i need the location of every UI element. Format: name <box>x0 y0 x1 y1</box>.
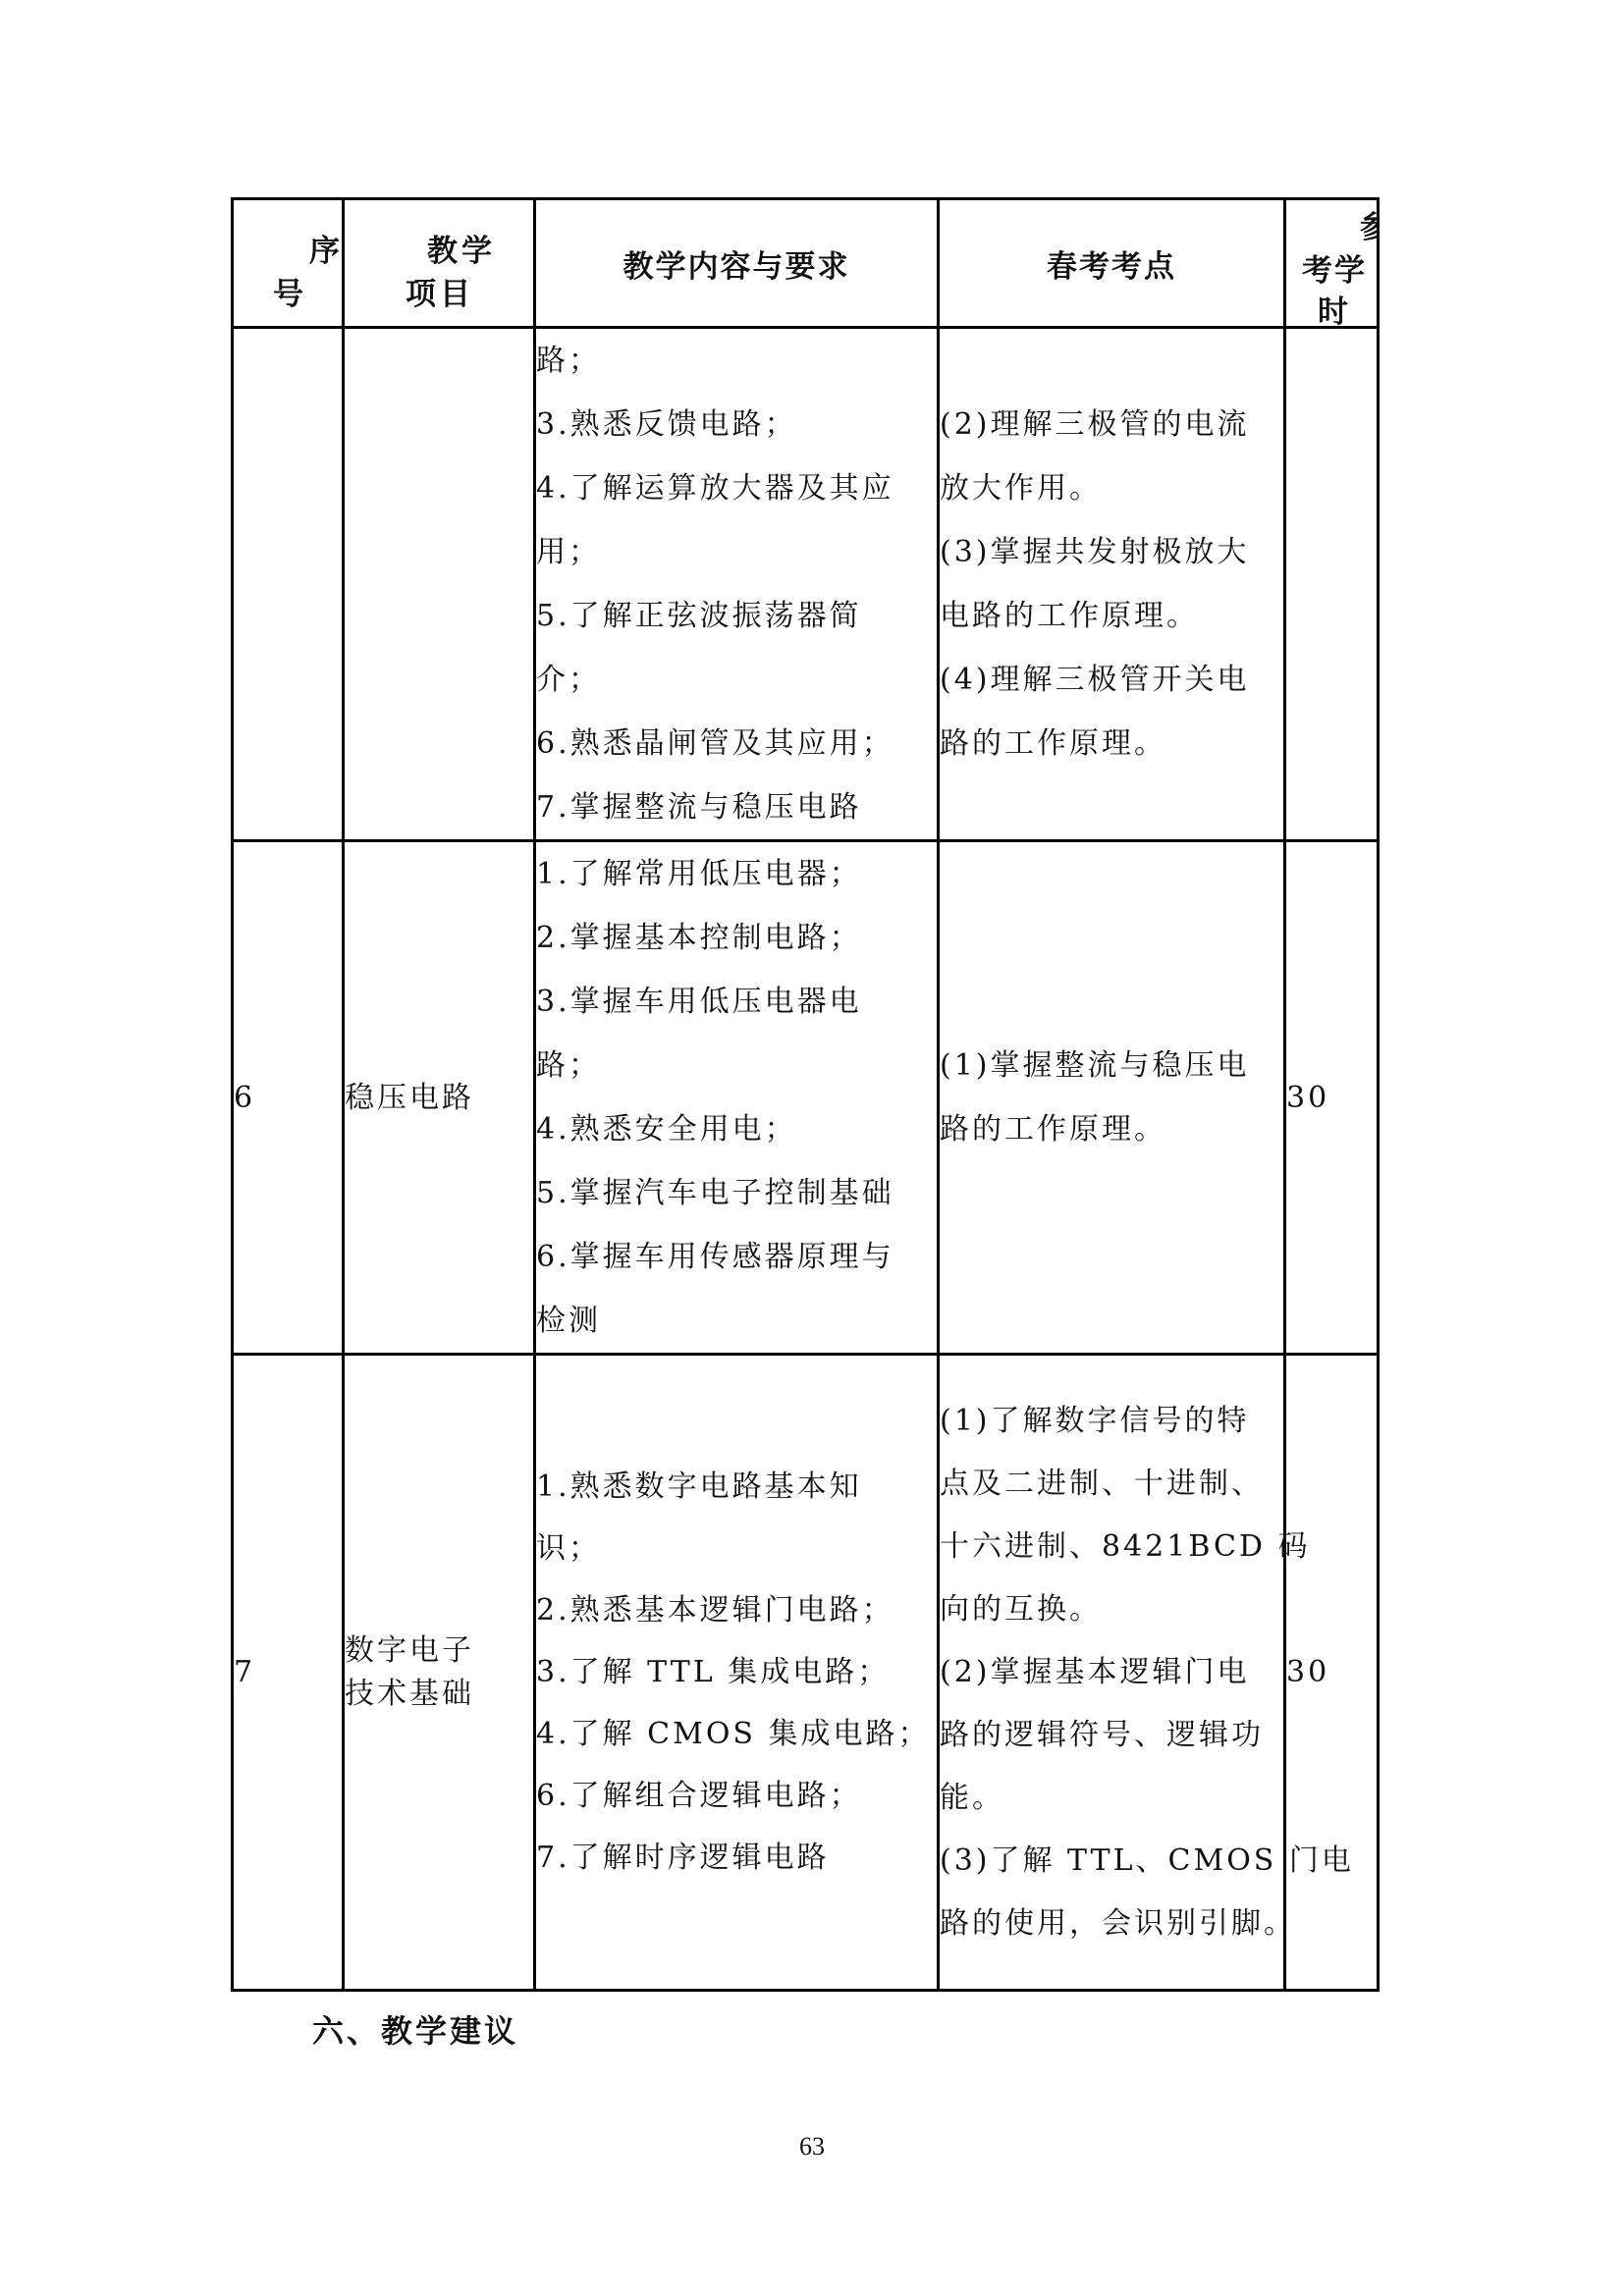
exam-line: 路的逻辑符号、逻辑功 <box>940 1704 1283 1767</box>
content-line: 7.了解时序逻辑电路 <box>536 1827 937 1889</box>
content-line: 4.了解 CMOS 集成电路； <box>536 1703 937 1765</box>
content-line: 用； <box>536 520 937 584</box>
content-line: 5.掌握汽车电子控制基础 <box>536 1161 937 1225</box>
project-line: 稳压电路 <box>345 1066 533 1130</box>
exam-line: 十六进制、8421BCD 码 <box>940 1516 1283 1578</box>
content-line: 6.了解组合逻辑电路； <box>536 1765 937 1827</box>
content-line: 路； <box>536 1034 937 1097</box>
exam-line: (1)掌握整流与稳压电 <box>940 1034 1283 1097</box>
content-line: 3.掌握车用低压电器电 <box>536 970 937 1034</box>
cell-project <box>344 328 535 841</box>
header-hours: 参 考学 时 <box>1285 199 1379 328</box>
cell-exam-points: (2)理解三极管的电流 放大作用。 (3)掌握共发射极放大 电路的工作原理。 (… <box>939 328 1285 841</box>
project-line: 数字电子 <box>345 1629 533 1673</box>
exam-line: (4)理解三极管开关电 <box>940 648 1283 712</box>
content-line: 6.熟悉晶闸管及其应用； <box>536 712 937 775</box>
curriculum-table: 序 号 教学 项目 教学内容与要求 春考考点 参 考学 时 <box>231 197 1380 1992</box>
table-row: 路； 3.熟悉反馈电路； 4.了解运算放大器及其应 用； 5.了解正弦波振荡器简… <box>233 328 1379 841</box>
header-project-line1: 教学 <box>427 226 496 270</box>
exam-line: (2)理解三极管的电流 <box>940 393 1283 456</box>
content-line: 5.了解正弦波振荡器简 <box>536 584 937 648</box>
content-line: 7.掌握整流与稳压电路 <box>536 775 937 839</box>
cell-exam-points: (1)掌握整流与稳压电 路的工作原理。 <box>939 841 1285 1355</box>
content-line: 1.了解常用低压电器； <box>536 842 937 906</box>
project-line: 技术基础 <box>345 1673 533 1716</box>
header-seq: 序 号 <box>233 199 344 328</box>
table-row: 7 数字电子 技术基础 1.熟悉数字电路基本知 识； 2.熟悉基本逻辑门电路； … <box>233 1355 1379 1991</box>
content-line: 2.掌握基本控制电路； <box>536 906 937 970</box>
header-hours-line2: 考学 <box>1302 245 1367 290</box>
cell-content: 1.熟悉数字电路基本知 识； 2.熟悉基本逻辑门电路； 3.了解 TTL 集成电… <box>535 1355 939 1991</box>
header-project: 教学 项目 <box>344 199 535 328</box>
exam-line: 点及二进制、十进制、 <box>940 1453 1283 1516</box>
content-line: 4.了解运算放大器及其应 <box>536 456 937 520</box>
content-line: 介； <box>536 648 937 712</box>
content-line: 3.熟悉反馈电路； <box>536 393 937 456</box>
exam-line: 放大作用。 <box>940 456 1283 520</box>
content-line: 1.熟悉数字电路基本知 <box>536 1456 937 1518</box>
table-header-row: 序 号 教学 项目 教学内容与要求 春考考点 参 考学 时 <box>233 199 1379 328</box>
content-line: 2.熟悉基本逻辑门电路； <box>536 1579 937 1641</box>
header-seq-line1: 序 <box>309 226 340 270</box>
exam-line: 路的使用，会识别引脚。 <box>940 1893 1283 1955</box>
exam-line: (3)了解 TTL、CMOS 门电 <box>940 1830 1283 1893</box>
exam-line: 路的工作原理。 <box>940 1097 1283 1161</box>
cell-project: 数字电子 技术基础 <box>344 1355 535 1991</box>
header-seq-line2: 号 <box>273 269 303 313</box>
cell-project: 稳压电路 <box>344 841 535 1355</box>
cell-exam-points: (1)了解数字信号的特 点及二进制、十进制、 十六进制、8421BCD 码 向的… <box>939 1355 1285 1991</box>
table-row: 6 稳压电路 1.了解常用低压电器； 2.掌握基本控制电路； 3.掌握车用低压电… <box>233 841 1379 1355</box>
content-line: 路； <box>536 329 937 393</box>
header-hours-line3: 时 <box>1318 287 1348 328</box>
cell-seq: 6 <box>233 841 344 1355</box>
exam-line: 能。 <box>940 1767 1283 1830</box>
exam-line: (2)掌握基本逻辑门电 <box>940 1641 1283 1704</box>
content-line: 4.熟悉安全用电； <box>536 1097 937 1161</box>
cell-hours <box>1285 328 1379 841</box>
document-page: 序 号 教学 项目 教学内容与要求 春考考点 参 考学 时 <box>0 0 1624 2296</box>
exam-line: (3)掌握共发射极放大 <box>940 520 1283 584</box>
header-project-line2: 项目 <box>406 269 474 313</box>
header-hours-line1: 参 <box>1360 202 1379 246</box>
content-line: 检测 <box>536 1289 937 1353</box>
cell-seq <box>233 328 344 841</box>
header-exam-points: 春考考点 <box>939 199 1285 328</box>
cell-seq: 7 <box>233 1355 344 1991</box>
content-line: 识； <box>536 1518 937 1579</box>
cell-hours: 30 <box>1285 841 1379 1355</box>
section-heading: 六、教学建议 <box>312 2006 518 2052</box>
cell-hours: 30 <box>1285 1355 1379 1991</box>
exam-line: 向的互换。 <box>940 1578 1283 1641</box>
page-number: 63 <box>0 2132 1624 2162</box>
exam-line: (1)了解数字信号的特 <box>940 1390 1283 1453</box>
content-line: 6.掌握车用传感器原理与 <box>536 1225 937 1289</box>
cell-content: 路； 3.熟悉反馈电路； 4.了解运算放大器及其应 用； 5.了解正弦波振荡器简… <box>535 328 939 841</box>
exam-line: 电路的工作原理。 <box>940 584 1283 648</box>
cell-content: 1.了解常用低压电器； 2.掌握基本控制电路； 3.掌握车用低压电器电 路； 4… <box>535 841 939 1355</box>
header-content: 教学内容与要求 <box>535 199 939 328</box>
exam-line: 路的工作原理。 <box>940 712 1283 775</box>
content-line: 3.了解 TTL 集成电路； <box>536 1641 937 1703</box>
